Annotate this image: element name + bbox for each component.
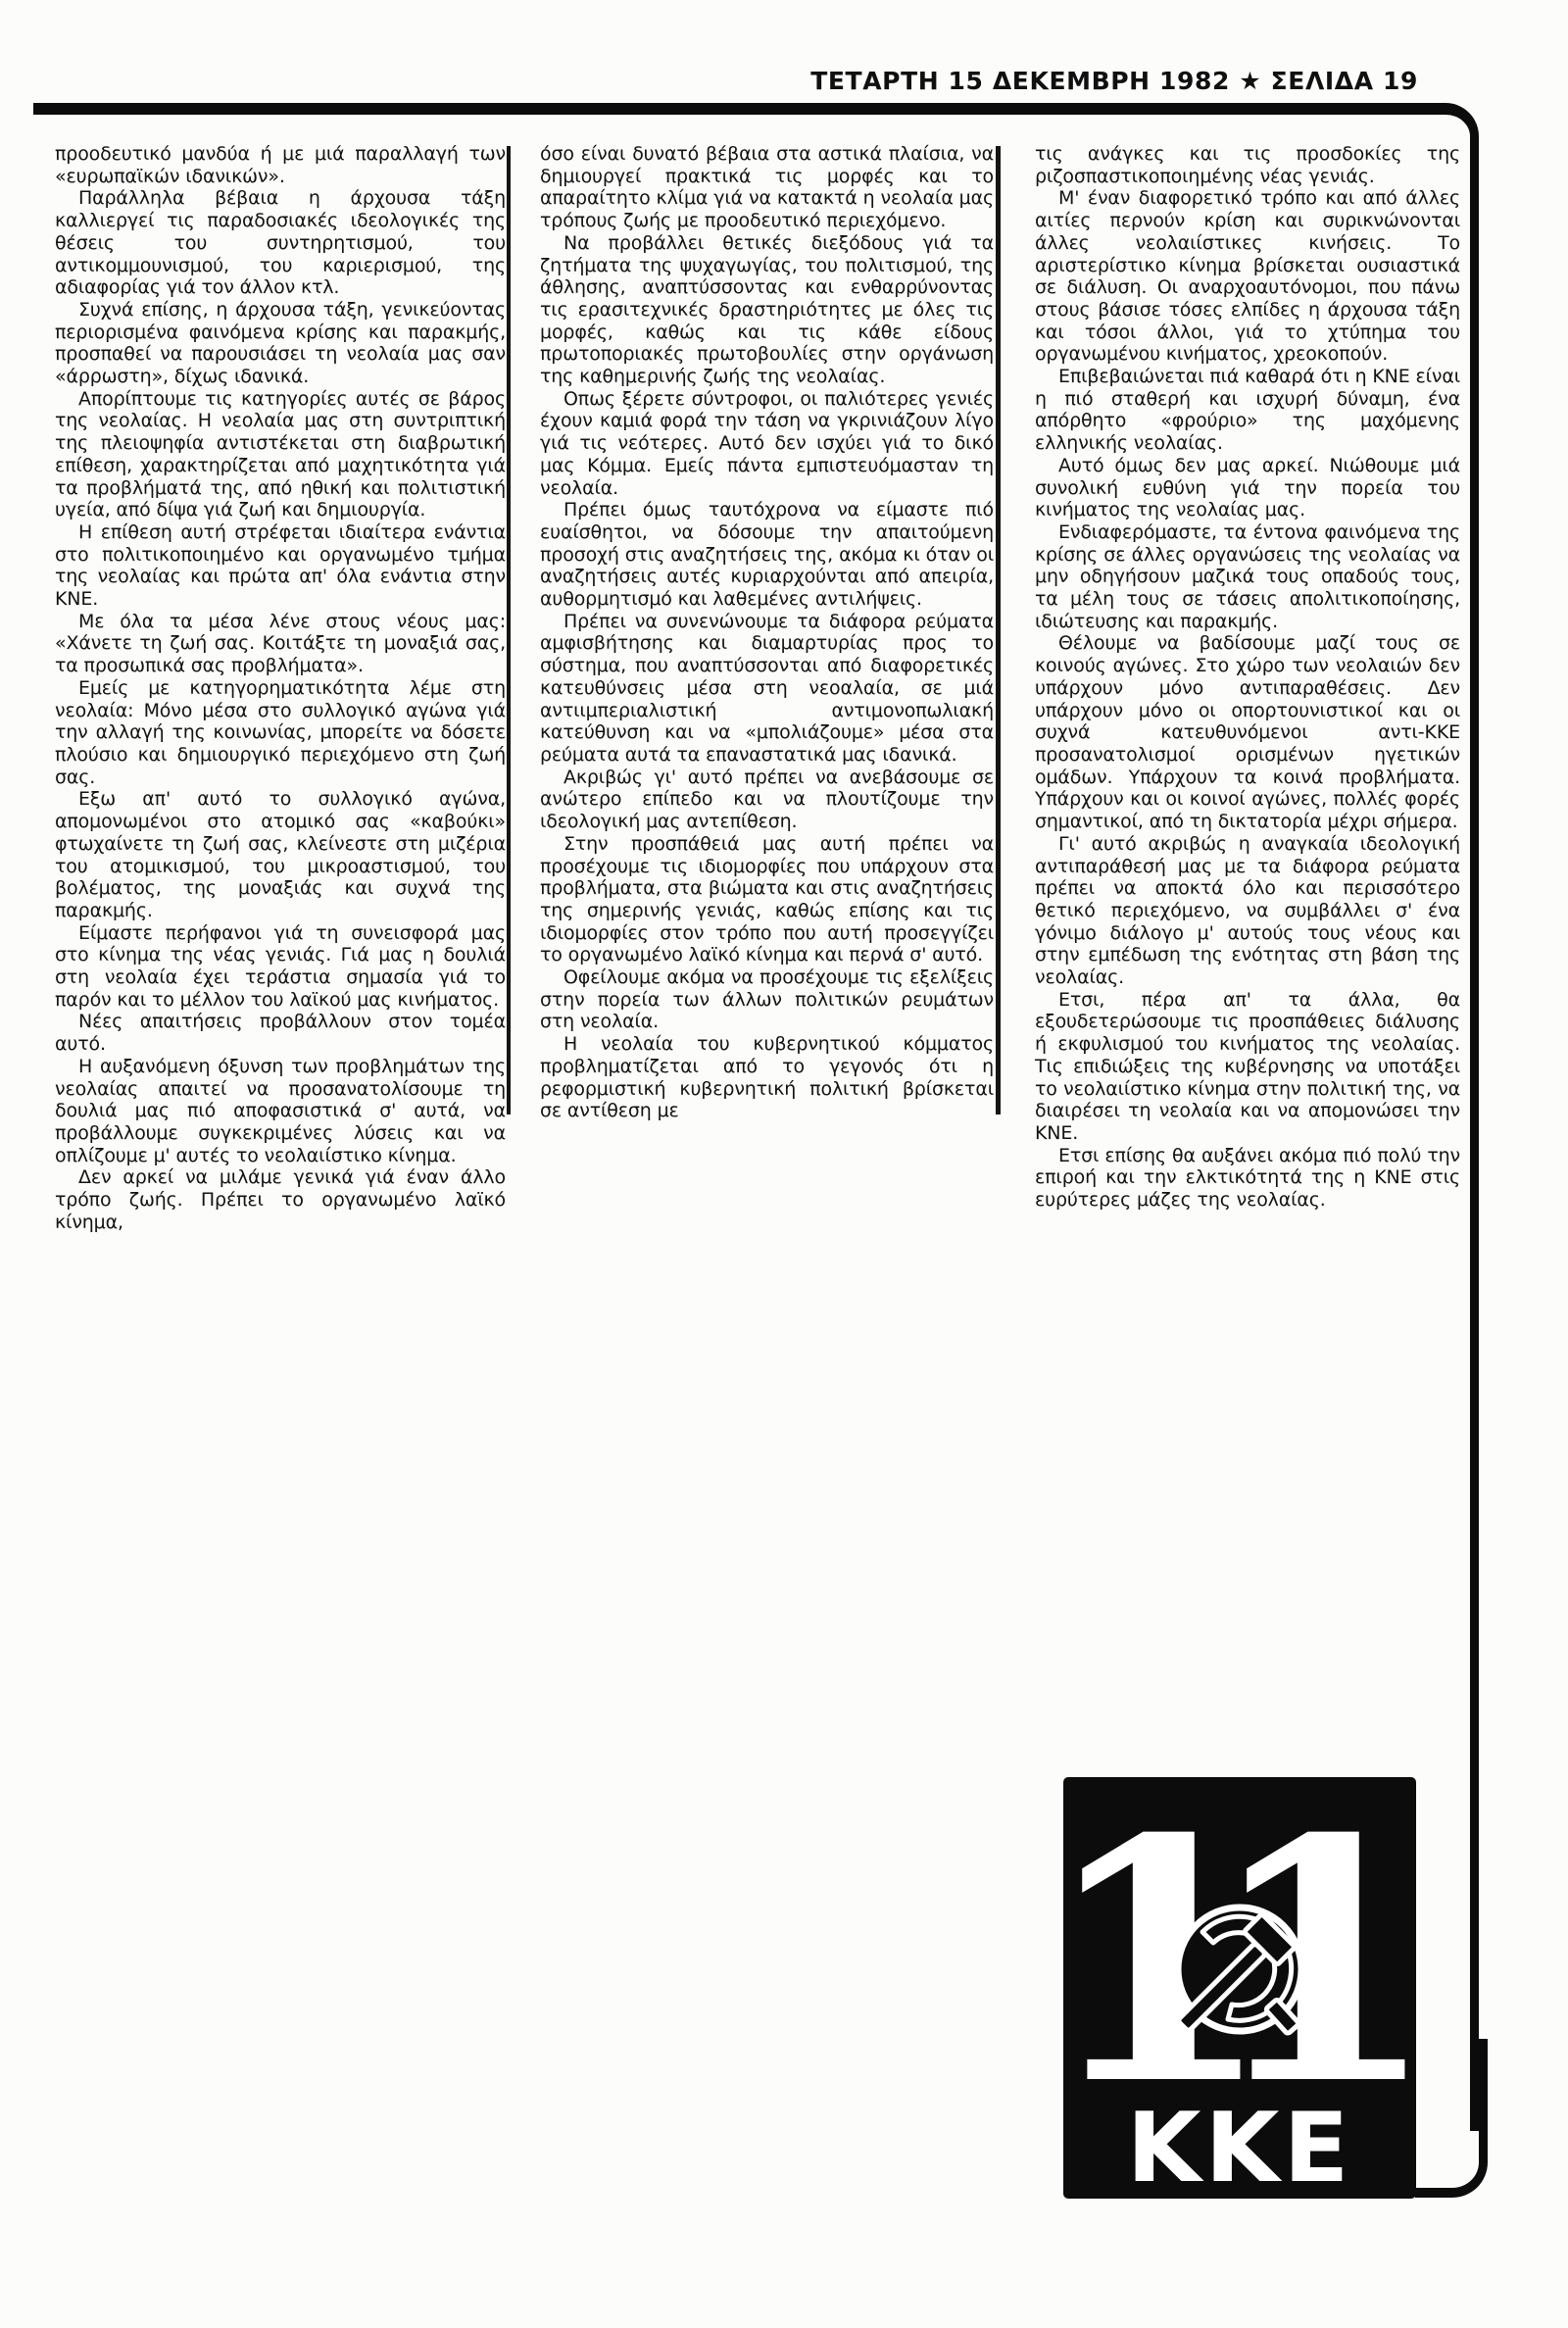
paragraph: Θέλουμε να βαδίσουμε μαζί τους σε κοινού… <box>1035 632 1460 832</box>
paragraph: Η νεολαία του κυβερνητικού κόμματος προβ… <box>540 1033 994 1122</box>
paragraph: Αυτό όμως δεν μας αρκεί. Νιώθουμε μιά συ… <box>1035 455 1460 521</box>
paragraph: Πρέπει να συνενώνουμε τα διάφορα ρεύματα… <box>540 611 994 767</box>
paragraph: Ενδιαφερόμαστε, τα έντονα φαινόμενα της … <box>1035 521 1460 633</box>
paragraph: Είμαστε περήφανοι γιά τη συνεισφορά μας … <box>55 922 506 1012</box>
paragraph: Ετσι επίσης θα αυξάνει ακόμα πιό πολύ τη… <box>1035 1145 1460 1212</box>
paragraph: Οφείλουμε ακόμα να προσέχουμε τις εξελίξ… <box>540 966 994 1033</box>
page-dateline: ΤΕΤΑΡΤΗ 15 ΔΕΚΕΜΒΡΗ 1982 ★ ΣΕΛΙΔΑ 19 <box>0 67 1418 95</box>
paragraph: Επιβεβαιώνεται πιά καθαρά ότι η ΚΝΕ είνα… <box>1035 366 1460 455</box>
paragraph: Οπως ξέρετε σύντροφοι, οι παλιότερες γεν… <box>540 388 994 500</box>
article-column-3: τις ανάγκες και τις προσδοκίες της ριζοσ… <box>1035 143 1460 1212</box>
page-frame-bottom-corner <box>1415 2039 1488 2198</box>
paragraph: προοδευτικό μανδύα ή με μιά παραλλαγή τω… <box>55 143 506 187</box>
paragraph: Εξω απ' αυτό το συλλογικό αγώνα, απομονω… <box>55 788 506 921</box>
paragraph: Να προβάλλει θετικές διεξόδους γιά τα ζη… <box>540 232 994 388</box>
paragraph: Συχνά επίσης, η άρχουσα τάξη, γενικεύοντ… <box>55 299 506 388</box>
paragraph: τις ανάγκες και τις προσδοκίες της ριζοσ… <box>1035 143 1460 187</box>
paragraph: Στην προσπάθειά μας αυτή πρέπει να προσέ… <box>540 833 994 966</box>
paragraph: Με όλα τα μέσα λένε στους νέους μας: «Χά… <box>55 611 506 677</box>
column-divider-1 <box>507 146 511 1114</box>
paragraph: Παράλληλα βέβαια η άρχουσα τάξη καλλιεργ… <box>55 187 506 299</box>
paragraph: Μ' έναν διαφορετικό τρόπο και από άλλες … <box>1035 187 1460 366</box>
newspaper-page: ΤΕΤΑΡΤΗ 15 ΔΕΚΕΜΒΡΗ 1982 ★ ΣΕΛΙΔΑ 19 προ… <box>0 0 1568 2328</box>
paragraph: Εμείς με κατηγορηματικότητα λέμε στη νεο… <box>55 677 506 789</box>
paragraph: όσο είναι δυνατό βέβαια στα αστικά πλαίσ… <box>540 143 994 232</box>
paragraph: Απορίπτουμε τις κατηγορίες αυτές σε βάρο… <box>55 388 506 521</box>
column-divider-2 <box>996 146 1001 1114</box>
article-column-2: όσο είναι δυνατό βέβαια στα αστικά πλαίσ… <box>540 143 994 1122</box>
paragraph: Η αυξανόμενη όξυνση των προβλημάτων της … <box>55 1056 506 1167</box>
paragraph: Γι' αυτό ακριβώς η αναγκαία ιδεολογική α… <box>1035 833 1460 989</box>
paragraph: Δεν αρκεί να μιλάμε γενικά γιά έναν άλλο… <box>55 1166 506 1233</box>
paragraph: Πρέπει όμως ταυτόχρονα να είμαστε πιό ευ… <box>540 499 994 611</box>
kke-election-logo: 1 1 KKE <box>1063 1777 1416 2199</box>
logo-party-text: KKE <box>1127 2093 1353 2199</box>
paragraph: Νέες απαιτήσεις προβάλλουν στον τομέα αυ… <box>55 1011 506 1055</box>
article-column-1: προοδευτικό μανδύα ή με μιά παραλλαγή τω… <box>55 143 506 1233</box>
paragraph: Ετσι, πέρα απ' τα άλλα, θα εξουδετερώσου… <box>1035 989 1460 1145</box>
paragraph: Η επίθεση αυτή στρέφεται ιδιαίτερα ενάντ… <box>55 521 506 611</box>
paragraph: Ακριβώς γι' αυτό πρέπει να ανεβάσουμε σε… <box>540 767 994 833</box>
